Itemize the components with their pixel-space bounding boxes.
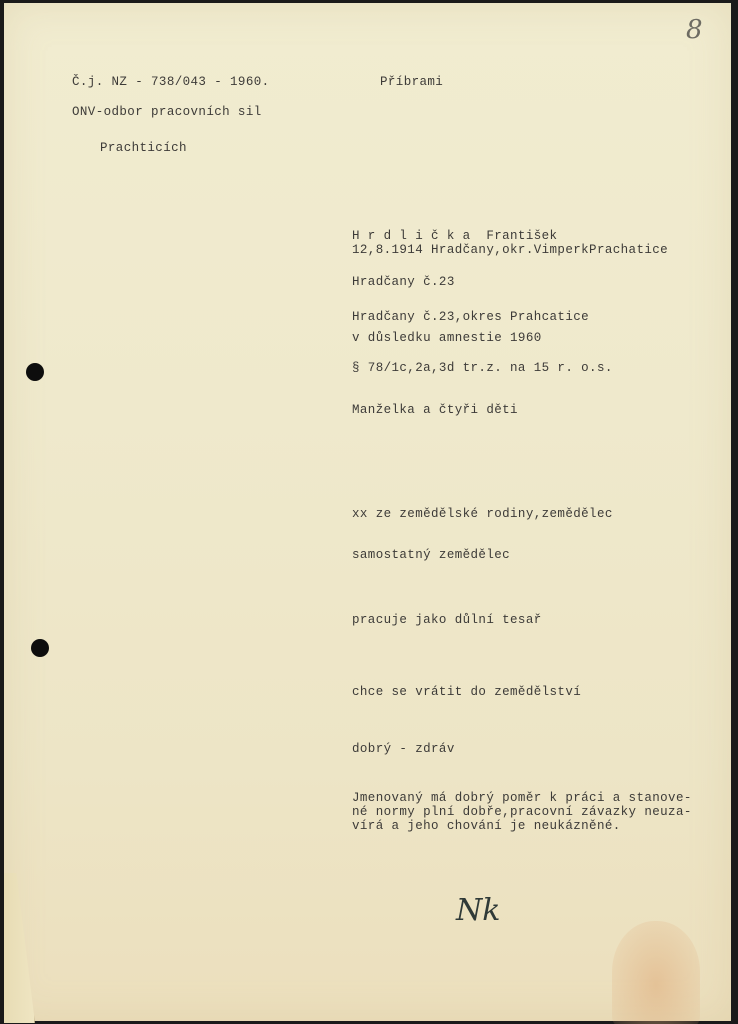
subject-birth: 12,8.1914 Hradčany,okr.VimperkPrachatice [352,244,668,257]
page-fold [4,873,35,1023]
conviction: § 78/1c,2a,3d tr.z. na 15 r. o.s. [352,362,613,375]
page-number-handwritten: 8 [686,15,703,45]
subject-name: H r d l i č k a František [352,230,557,243]
assessment-line: vírá a jeho chování je neukázněné. [352,820,621,833]
reference-number: Č.j. NZ - 738/043 - 1960. [72,76,270,89]
city: Prachticích [100,142,187,155]
department: ONV-odbor pracovních sil [72,106,262,119]
document-page: 8 Č.j. NZ - 738/043 - 1960. Příbrami ONV… [4,3,731,1021]
assessment-line: né normy plní dobře,pracovní závazky neu… [352,806,692,819]
current-work: pracuje jako důlní tesař [352,614,542,627]
location: Příbrami [380,76,443,89]
subject-residence: Hradčany č.23 [352,276,455,289]
prior-occupation: samostatný zemědělec [352,549,510,562]
health: dobrý - zdráv [352,743,455,756]
intention: chce se vrátit do zemědělství [352,686,581,699]
family: Manželka a čtyři děti [352,404,518,417]
release-reason: v důsledku amnestie 1960 [352,332,542,345]
assessment-line: Jmenovaný má dobrý poměr k práci a stano… [352,792,692,805]
punch-hole [26,363,44,381]
origin: xx ze zemědělské rodiny,zemědělec [352,508,613,521]
punch-hole [31,639,49,657]
stain [612,921,700,1024]
subject-address: Hradčany č.23,okres Prahcatice [352,311,589,324]
handwritten-initials: Nk [456,893,500,928]
